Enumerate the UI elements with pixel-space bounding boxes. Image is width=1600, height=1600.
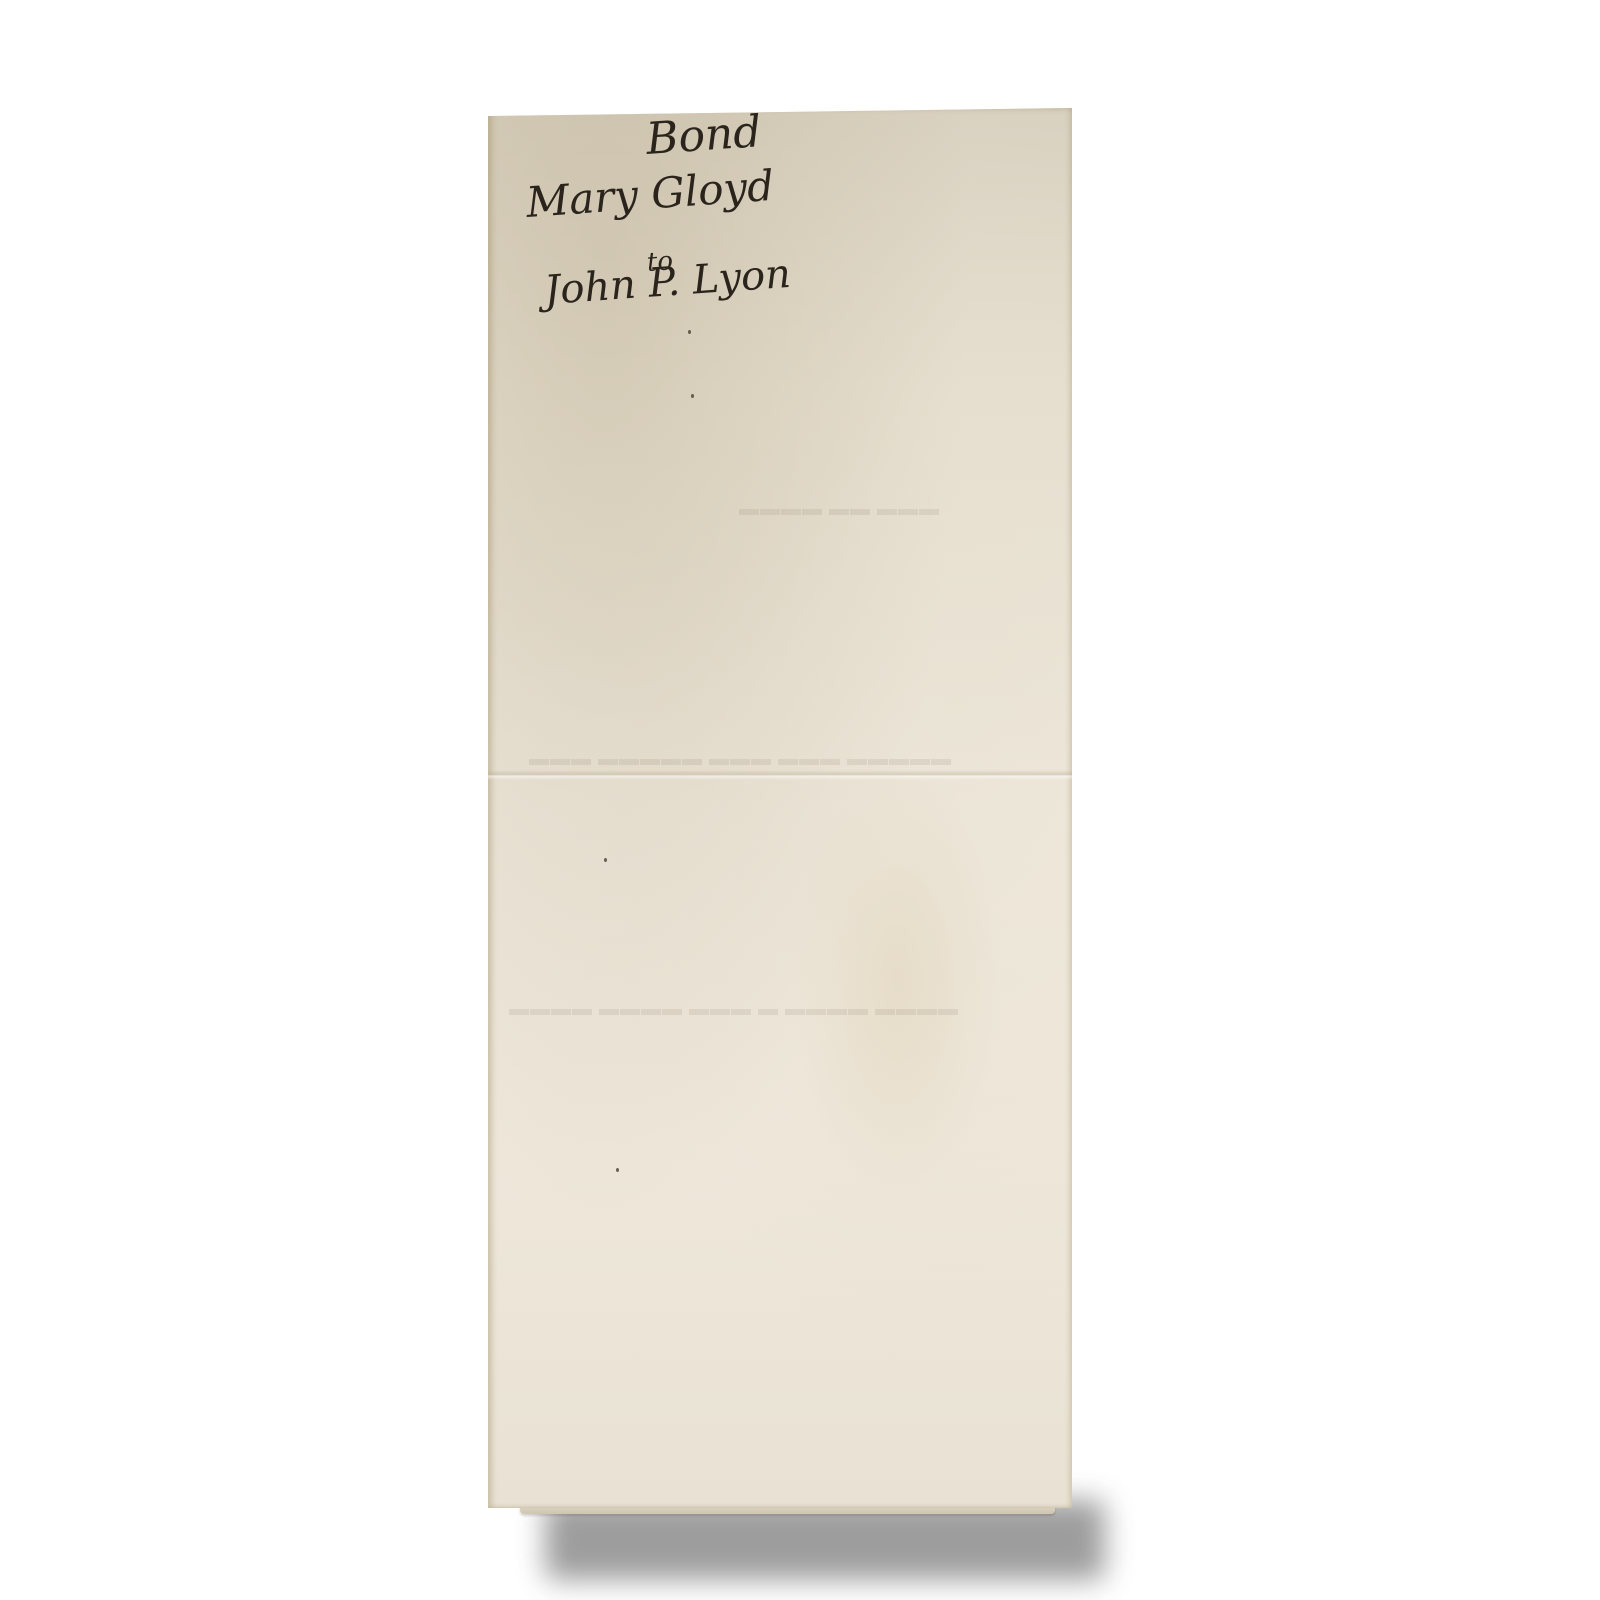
docket-title: Bond — [644, 106, 763, 165]
ink-speck — [691, 394, 694, 398]
endorsement-docket: Bond Mary Gloyd to John P. Lyon — [488, 108, 1072, 368]
ink-speck — [604, 858, 607, 862]
docket-to-party: John P. Lyon — [543, 251, 793, 314]
docket-from-party: Mary Gloyd — [525, 161, 776, 227]
bleed-through-text: ▬▬▬▬ ▬▬▬▬ ▬ ▬▬▬ ▬▬▬▬ ▬▬▬▬ — [508, 998, 958, 1021]
bleed-through-text: ▬▬▬▬▬ ▬▬▬ ▬▬▬ ▬▬▬▬▬ ▬▬▬ — [528, 748, 951, 771]
ink-speck — [616, 1168, 619, 1172]
bleed-through-text: ▬▬▬ ▬▬ ▬▬▬▬ — [738, 498, 939, 521]
horizontal-fold-crease — [488, 770, 1072, 780]
ink-speck — [688, 330, 691, 334]
folded-document: Bond Mary Gloyd to John P. Lyon ▬▬▬ ▬▬ ▬… — [488, 108, 1072, 1508]
